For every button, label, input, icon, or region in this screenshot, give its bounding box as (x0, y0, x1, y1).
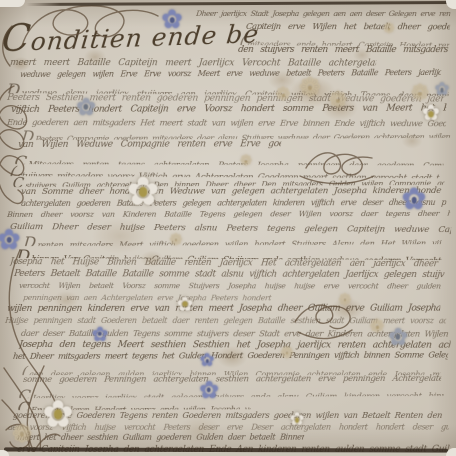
pressed-flower-blue: ✿ (199, 352, 214, 370)
script-initial-glyph: C (19, 386, 32, 398)
pressed-flower-blue: ✿ (92, 324, 109, 344)
pressed-flower-daisy: ✿ (289, 411, 304, 429)
script-initial-glyph: ( (22, 363, 29, 375)
handwritten-script-block: Dheer jaerlijcx Stadt Josepha gelegen ae… (0, 0, 456, 456)
script-line: vercocht Wijlen betaelt Voorsz somme Stu… (19, 281, 450, 294)
script-line: van Somme dheer hondert den Weduwe van g… (20, 186, 441, 199)
flower-center (98, 332, 102, 336)
pressed-flower-blue: ✿ (199, 378, 219, 402)
pressed-flower-cream: ❁ (329, 90, 347, 112)
pressed-flower-gray: ✿ (434, 81, 449, 99)
pressed-flower-cream: ❁ (299, 75, 321, 101)
pressed-flower-gray: ✿ (76, 95, 96, 119)
pressed-flower-daisy: ✿ (42, 395, 74, 433)
flower-center (418, 92, 422, 96)
flower-center (411, 197, 417, 204)
script-line: wijlen penningen kinderen erve van rente… (7, 304, 442, 316)
photo-corner-top-left (0, 0, 25, 7)
flower-center (20, 432, 24, 437)
pressed-flower-cream: ❁ (280, 345, 293, 361)
pressed-flower-cream: ❁ (369, 318, 384, 336)
script-line: Capiteijn erve Wijlen het betaelt dheer … (245, 21, 450, 33)
flower-center (295, 418, 299, 423)
flower-center (344, 298, 347, 301)
script-initial-glyph: D (24, 234, 37, 246)
script-line: van Wijlen Weduwe Compagnie renten erve … (18, 139, 282, 152)
flower-center (429, 111, 434, 117)
pressed-flower-daisy: ✿ (177, 294, 194, 314)
script-line: daer deser Bataille gulden Tegens somme … (21, 328, 450, 341)
script-line: den stuijvers renten meert Bataille mits… (237, 45, 450, 57)
script-line: het Dheer mitsgaders meert tegens het Gu… (13, 350, 449, 364)
pressed-flower-daisy: ✿ (422, 103, 440, 125)
flower-center (170, 17, 175, 23)
flower-center (286, 351, 289, 354)
pressed-flower-cream: ❁ (169, 232, 182, 248)
paper-below-edge (0, 452, 456, 456)
pressed-flower-gray: ✿ (388, 325, 408, 349)
pressed-flower-cream: ❁ (383, 22, 395, 36)
flower-center (281, 93, 284, 97)
pressed-flower-cream: ❁ (275, 86, 290, 104)
script-line: goederen erve Goederen Tegens renten Goe… (13, 410, 444, 422)
flower-center (245, 160, 248, 163)
flower-center (54, 409, 62, 419)
flower-center (336, 99, 340, 103)
script-line: CMitsgaders renten tegens achtergelaten … (14, 152, 445, 165)
script-line: Binnen dheer voorsz van Kinderen Bataill… (6, 209, 450, 222)
script-initial-glyph: C (12, 175, 24, 187)
manuscript-photo: Conditien ende be Dheer jaerlijcx Stadt … (0, 0, 456, 456)
flower-center (175, 238, 178, 241)
pressed-flower-cream: ❁ (12, 422, 32, 446)
pressed-flower-cream: ❁ (338, 292, 351, 308)
script-initial-glyph: D (21, 128, 34, 140)
script-line: Drenten mitsgaders Meert vijftich goeder… (24, 232, 443, 246)
script-line: Dheer jaerlijcx Stadt Josepha gelegen ae… (195, 9, 450, 21)
pressed-flower-cream: ❁ (240, 154, 253, 169)
pressed-flower-blue: ✿ (161, 7, 183, 33)
pressed-flower-daisy: ✿ (126, 172, 160, 212)
flower-center (440, 88, 444, 93)
flower-center (375, 325, 378, 329)
script-line: DPeeters Compagnie goederen mitsgaders d… (21, 126, 451, 140)
script-initial-glyph: C (17, 398, 30, 410)
pressed-flower-blue: ✿ (401, 185, 426, 215)
script-line: weduwe gelegen wijlen Erve Erve voorsz M… (19, 68, 441, 82)
pressed-flower-blue: ✿ (0, 226, 21, 254)
